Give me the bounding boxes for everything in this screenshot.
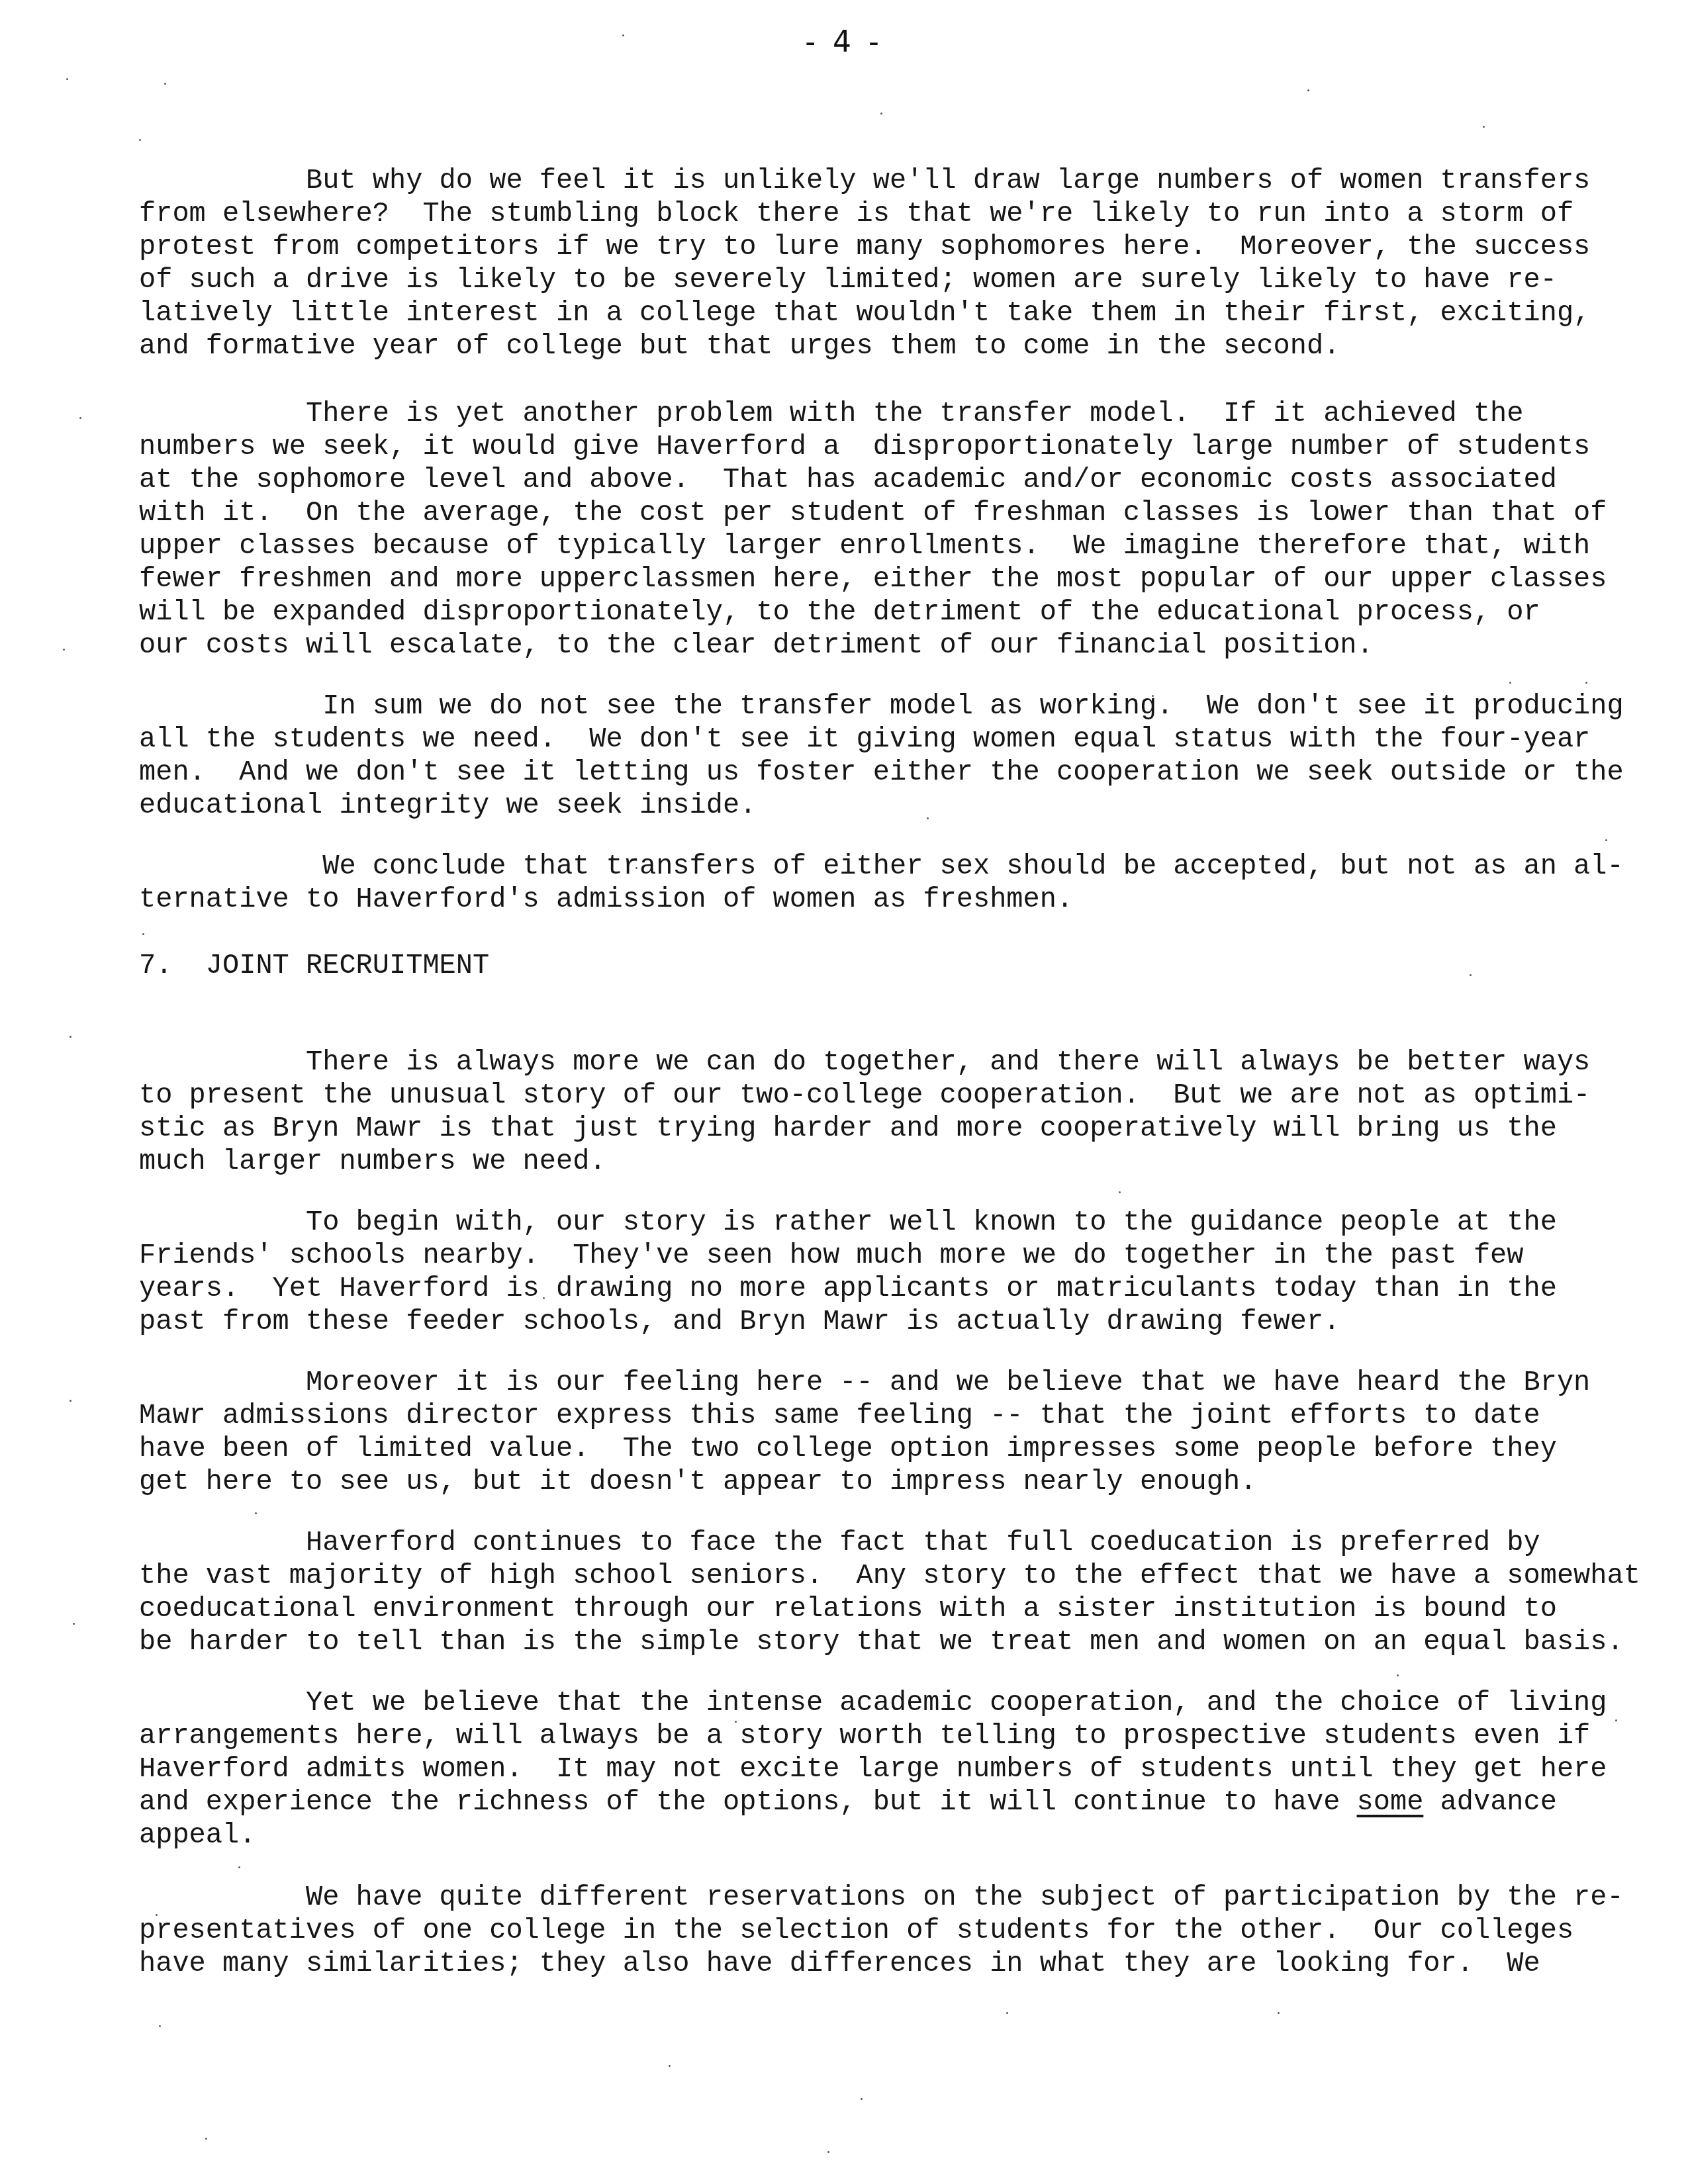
text-line: at the sophomore level and above. That h…	[139, 463, 1557, 496]
text-line: all the students we need. We don't see i…	[139, 723, 1590, 756]
text-line: We have quite different reservations on …	[139, 1881, 1624, 1914]
scan-speck	[1046, 1307, 1048, 1309]
scan-speck	[622, 34, 624, 36]
scan-speck	[205, 2138, 207, 2140]
text-line: have many similarities; they also have d…	[139, 1947, 1540, 1980]
text-line: the vast majority of high school seniors…	[139, 1559, 1640, 1592]
scan-speck	[1152, 695, 1154, 697]
page-number: - 4 -	[0, 25, 1688, 59]
text-line: arrangements here, will always be a stor…	[139, 1719, 1590, 1752]
scan-speck	[735, 1721, 737, 1723]
text-line: our costs will escalate, to the clear de…	[139, 629, 1374, 662]
text-line: coeducational environment through our re…	[139, 1592, 1557, 1625]
scan-speck	[70, 1400, 71, 1402]
text-line: stic as Bryn Mawr is that just trying ha…	[139, 1112, 1557, 1145]
scan-speck	[827, 2151, 829, 2153]
text-line: We conclude that transfers of either sex…	[139, 850, 1624, 883]
text-line: appeal.	[139, 1819, 256, 1852]
text-line: be harder to tell than is the simple sto…	[139, 1625, 1624, 1659]
scan-speck	[164, 83, 166, 85]
scan-speck	[1509, 682, 1511, 684]
scan-speck	[635, 867, 637, 869]
text-line: and formative year of college but that u…	[139, 330, 1340, 363]
scan-speck	[1397, 1674, 1399, 1676]
text-line: much larger numbers we need.	[139, 1145, 606, 1178]
scan-speck	[976, 1891, 978, 1893]
scan-speck	[1585, 682, 1587, 684]
text-line: To begin with, our story is rather well …	[139, 1206, 1557, 1239]
underlined-word: some	[1357, 1786, 1424, 1818]
text-line: latively little interest in a college th…	[139, 296, 1590, 330]
text-line: numbers we seek, it would give Haverford…	[139, 430, 1590, 463]
text-line: ternative to Haverford's admission of wo…	[139, 883, 1073, 916]
scan-speck	[880, 113, 882, 114]
text-line: have been of limited value. The two coll…	[139, 1432, 1557, 1465]
text-line: and experience the richness of the optio…	[139, 1786, 1557, 1819]
text-line: upper classes because of typically large…	[139, 529, 1590, 563]
text-line: educational integrity we seek inside.	[139, 789, 756, 822]
scan-speck	[238, 1866, 240, 1868]
text-line: from elsewhere? The stumbling block ther…	[139, 197, 1573, 230]
text-line: Haverford admits women. It may not excit…	[139, 1752, 1607, 1786]
text-line: Mawr admissions director express this sa…	[139, 1399, 1540, 1432]
text-line: Haverford continues to face the fact tha…	[139, 1526, 1540, 1559]
text-line: protest from competitors if we try to lu…	[139, 230, 1590, 263]
text-line: There is yet another problem with the tr…	[139, 397, 1524, 430]
scan-speck	[1119, 1191, 1121, 1193]
text-line: In sum we do not see the transfer model …	[139, 690, 1624, 723]
text-line: years. Yet Haverford is drawing no more …	[139, 1272, 1557, 1305]
scan-speck	[73, 1623, 75, 1625]
text-line: of such a drive is likely to be severely…	[139, 263, 1557, 296]
text-fragment: advance	[1423, 1786, 1557, 1818]
scan-speck	[156, 1914, 158, 1916]
text-line: will be expanded disproportionately, to …	[139, 596, 1540, 629]
scan-speck	[142, 933, 144, 935]
text-line: Moreover it is our feeling here -- and w…	[139, 1366, 1590, 1399]
text-line: get here to see us, but it doesn't appea…	[139, 1465, 1256, 1498]
text-line: to present the unusual story of our two-…	[139, 1079, 1590, 1112]
scan-speck	[861, 2098, 863, 2100]
scan-speck	[1278, 2012, 1280, 2014]
scan-speck	[1470, 974, 1472, 976]
text-line: Friends' schools nearby. They've seen ho…	[139, 1239, 1524, 1272]
scan-speck	[1615, 1719, 1617, 1721]
scan-speck	[63, 649, 65, 651]
scan-speck	[1307, 89, 1309, 91]
scan-speck	[927, 817, 929, 819]
scan-speck	[159, 2025, 161, 2027]
text-line: past from these feeder schools, and Bryn…	[139, 1305, 1340, 1338]
text-line: men. And we don't see it letting us fost…	[139, 756, 1624, 789]
scan-speck	[669, 2065, 671, 2067]
text-line: fewer freshmen and more upperclassmen he…	[139, 563, 1607, 596]
text-line: presentatives of one college in the sele…	[139, 1914, 1573, 1947]
text-line: Yet we believe that the intense academic…	[139, 1686, 1607, 1719]
scan-speck	[255, 1512, 257, 1514]
scan-speck	[66, 78, 68, 80]
scan-speck	[139, 139, 141, 141]
text-line: with it. On the average, the cost per st…	[139, 496, 1607, 529]
text-line: But why do we feel it is unlikely we'll …	[139, 164, 1590, 197]
scan-speck	[70, 1036, 71, 1038]
document-page: - 4 - But why do we feel it is unlikely …	[0, 0, 1688, 2184]
text-line: There is always more we can do together,…	[139, 1046, 1590, 1079]
section-heading-text: 7. JOINT RECRUITMENT	[139, 949, 489, 982]
scan-speck	[79, 417, 81, 419]
scan-speck	[543, 1297, 545, 1299]
scan-speck	[1605, 839, 1607, 841]
scan-speck	[1006, 2012, 1008, 2014]
scan-speck	[1483, 126, 1485, 128]
